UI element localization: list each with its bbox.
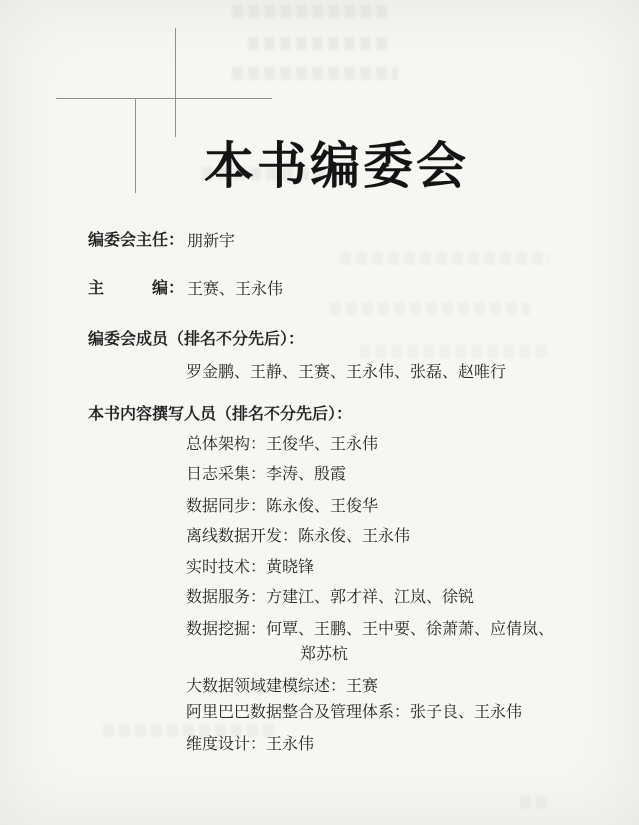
decor-vertical-line-left xyxy=(135,98,136,193)
author-topic: 数据挖掘： xyxy=(186,619,266,638)
author-names: 方建江、郭才祥、江岚、徐锐 xyxy=(266,587,474,606)
author-names: 黄晓锋 xyxy=(266,557,314,576)
author-topic: 阿里巴巴数据整合及管理体系： xyxy=(186,702,410,721)
author-item: 大数据领域建模综述：王赛 xyxy=(186,676,378,696)
author-topic: 总体架构： xyxy=(186,434,266,453)
author-topic: 离线数据开发： xyxy=(186,526,298,545)
author-topic: 维度设计： xyxy=(186,734,266,753)
author-names: 陈永俊、王俊华 xyxy=(266,496,378,515)
bleed-through-smudge xyxy=(520,796,550,809)
author-topic: 数据服务： xyxy=(186,587,266,606)
editor-label-colon: ： xyxy=(168,278,184,297)
editor-names: 王赛、王永伟 xyxy=(187,279,283,299)
bleed-through-smudge xyxy=(232,5,392,18)
authors-label: 本书内容撰写人员（排名不分先后）： xyxy=(88,404,352,423)
author-item: 实时技术：黄晓锋 xyxy=(186,557,314,577)
author-item: 数据同步：陈永俊、王俊华 xyxy=(186,496,378,516)
author-names: 王赛 xyxy=(346,676,378,695)
bleed-through-smudge xyxy=(360,345,550,358)
members-label: 编委会成员（排名不分先后）： xyxy=(88,329,304,348)
author-names: 何覃、王鹏、王中要、徐萧萧、应倩岚、 xyxy=(266,619,554,638)
author-topic: 数据同步： xyxy=(186,496,266,515)
author-item: 维度设计：王永伟 xyxy=(186,734,314,754)
author-names-continued: 郑苏杭 xyxy=(300,644,348,664)
director-names: 朋新宇 xyxy=(187,231,235,251)
author-item: 阿里巴巴数据整合及管理体系：张子良、王永伟 xyxy=(186,702,522,722)
author-item: 数据服务：方建江、郭才祥、江岚、徐锐 xyxy=(186,587,474,607)
bleed-through-smudge xyxy=(232,67,398,80)
author-names: 张子良、王永伟 xyxy=(410,702,522,721)
decor-horizontal-line xyxy=(56,98,272,99)
page-title: 本书编委会 xyxy=(204,138,469,193)
bleed-through-smudge xyxy=(340,252,550,265)
author-names: 陈永俊、王永伟 xyxy=(298,526,410,545)
author-names: 王俊华、王永伟 xyxy=(266,434,378,453)
editor-label-last: 编 xyxy=(152,278,168,297)
decor-vertical-line-right xyxy=(175,28,176,137)
members-names: 罗金鹏、王静、王赛、王永伟、张磊、赵唯行 xyxy=(186,362,506,382)
author-item: 总体架构：王俊华、王永伟 xyxy=(186,434,378,454)
bleed-through-smudge xyxy=(330,302,530,315)
editor-label-first: 主 xyxy=(88,278,104,297)
author-names: 李涛、殷霞 xyxy=(266,464,346,483)
author-topic: 实时技术： xyxy=(186,557,266,576)
author-item: 日志采集：李涛、殷霞 xyxy=(186,464,346,484)
author-item: 数据挖掘：何覃、王鹏、王中要、徐萧萧、应倩岚、 xyxy=(186,619,554,639)
author-names: 王永伟 xyxy=(266,734,314,753)
director-label: 编委会主任： xyxy=(88,230,184,249)
book-page: 本书编委会 编委会主任： 朋新宇 主 编 ： 王赛、王永伟 编委会成员（排名不分… xyxy=(0,0,639,825)
author-topic: 大数据领域建模综述： xyxy=(186,676,346,695)
bleed-through-smudge xyxy=(248,37,388,50)
author-item: 离线数据开发：陈永俊、王永伟 xyxy=(186,526,410,546)
author-topic: 日志采集： xyxy=(186,464,266,483)
